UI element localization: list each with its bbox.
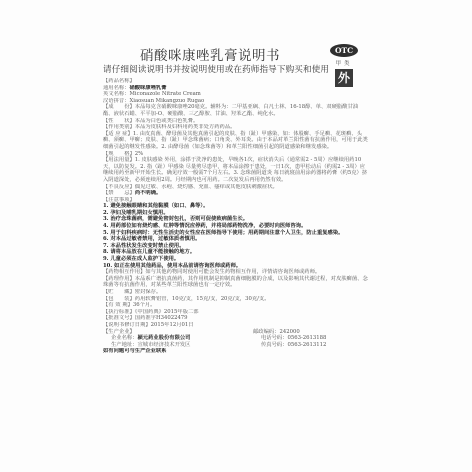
manufacturer-row-3: 生产地址：宣城市经济技术开发区 传真号码：0563-2613112	[103, 342, 368, 349]
standard: 【执行标准】《中国药典》2015年版二部	[103, 309, 368, 316]
contra-label: 【禁 忌】	[103, 190, 135, 196]
otc-badge: OTC	[330, 44, 358, 57]
package: 【包 装】药用软膏铝管，10克/支，15克/支，20克/支，30克/支。	[103, 296, 368, 303]
precaution-item: 1. 避免接触眼睛和其他黏膜（如口、鼻等）。	[103, 203, 368, 210]
approval-number: 【批准文号】国药准字H34022479	[103, 315, 368, 322]
usage-dosage: 【用法用量】1. 皮肤感染 外用，涂搽于洗净的患处，早晚各1次，症状消失后（通常…	[103, 157, 368, 183]
english-name: 英文名称：Miconazole Nitrate Cream	[103, 91, 368, 98]
precaution-item: 6. 对本品过敏者禁用，过敏体质者慎用。	[103, 236, 368, 243]
appearance: 【性 状】本品为白色或类白色乳膏。	[103, 118, 368, 125]
drug-interactions: 【药物相互作用】如与其他药物同时使用可能会发生药物相互作用，详情请咨询医师或药师…	[103, 269, 368, 276]
precaution-item: 4. 用药部位如有烧灼感、红肿等情况应停药，并将局部药物洗净，必要时向医师咨询。	[103, 223, 368, 230]
otc-category: 甲类	[330, 59, 358, 67]
validity: 【有 效 期】36个月。	[103, 302, 368, 309]
contra-value: 尚不明确。	[135, 190, 162, 196]
generic-name: 通用名称：硝酸咪康唑乳膏	[103, 85, 368, 92]
generic-name-value: 硝酸咪康唑乳膏	[130, 85, 167, 91]
adverse-reactions: 【不良反应】偶见过敏、水疱、烧灼感、充血、瘙痒或其他皮肤刺激症状。	[103, 184, 368, 191]
leaflet-page: 硝酸咪康唑乳膏说明书 请仔细阅读说明书并按说明使用或在药师指导下购买和使用 OT…	[0, 0, 472, 472]
document-title: 硝酸咪康唑乳膏说明书	[95, 44, 325, 64]
phone: 电话号码：0563-2613188	[261, 335, 326, 342]
revision-date: 【说明书修订日期】2015年12月01日	[103, 322, 368, 329]
contraindications: 【禁 忌】尚不明确。	[103, 190, 368, 197]
company-name: 企业名称：颍元药业股份有限公司	[103, 335, 261, 342]
address: 生产地址：宣城市经济技术开发区	[103, 342, 261, 349]
fax: 传真号码：0563-2613112	[261, 342, 326, 349]
ingredients: 【成 份】本品每克含硝酸咪康唑20毫克。辅料为：二甲基亚砜、白凡士林、16-18…	[103, 104, 368, 117]
pharmacology: 【药理作用】本品系广谱抗真菌药，其作用机制是抑制真菌细胞膜的合成，以及影响其代谢…	[103, 276, 368, 289]
precaution-item: 9. 儿童必须在成人监护下使用。	[103, 256, 368, 263]
leaflet-body: 【药品名称】 通用名称：硝酸咪康唑乳膏 英文名称：Miconazole Nitr…	[103, 78, 368, 355]
contact-footer: 如有问题可与生产企业联系	[103, 348, 368, 355]
drug-name-heading: 【药品名称】	[103, 78, 368, 85]
generic-name-label: 通用名称：	[103, 85, 130, 91]
usage-notice: 请仔细阅读说明书并按说明使用或在药师指导下购买和使用	[103, 63, 323, 75]
company-name-label: 企业名称：	[111, 335, 138, 341]
manufacturer-row-2: 企业名称：颍元药业股份有限公司 电话号码：0563-2613188	[103, 335, 368, 342]
storage: 【贮 藏】密封保存。	[103, 289, 368, 296]
indications: 【适 应 症】1. 由皮真菌、酵母菌及其他真菌引起的皮肤、指（趾）甲感染，如：体…	[103, 131, 368, 151]
company-name-value: 颍元药业股份有限公司	[138, 335, 191, 341]
category: 【作用类别】本品为皮肤科及妇科用药类非处方药药品。	[103, 124, 368, 131]
